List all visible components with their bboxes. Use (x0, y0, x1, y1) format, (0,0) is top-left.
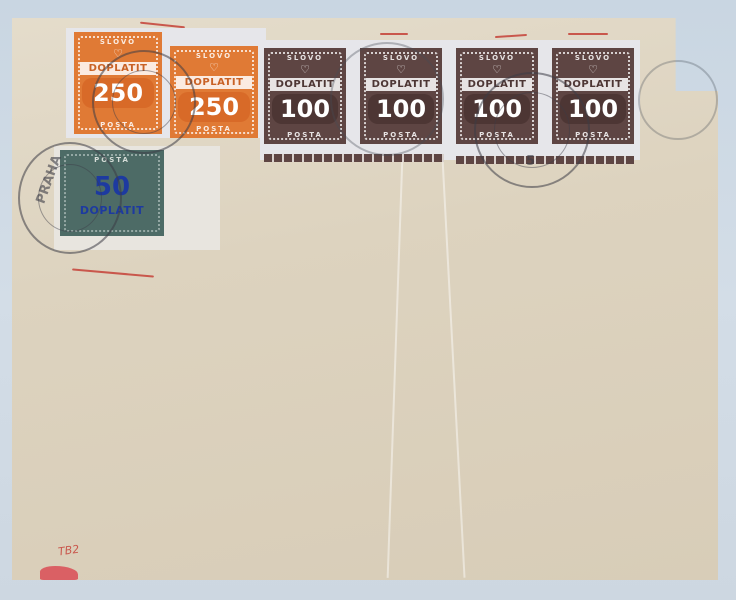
postmark (638, 60, 718, 140)
postmark: 5 (474, 72, 590, 188)
paper-crease (387, 158, 404, 578)
postmark (330, 42, 444, 156)
postmark-praha: PRAHA (18, 142, 122, 254)
stamp-row-fragment (264, 154, 444, 162)
paper-crease (440, 138, 465, 578)
red-ink-blot (40, 566, 78, 580)
red-pencil-mark (380, 33, 408, 35)
postmark (92, 50, 196, 154)
red-pencil-mark (568, 33, 608, 35)
